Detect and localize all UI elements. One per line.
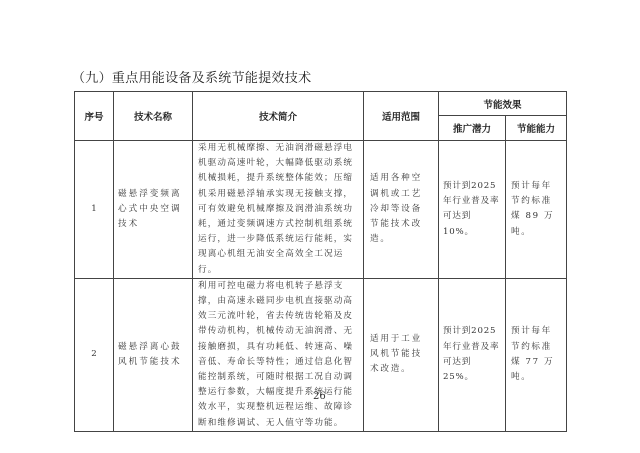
row-capacity: 预计每年节约标准煤 77 万吨。	[506, 278, 567, 431]
page-number: 26	[313, 391, 326, 402]
row-name: 磁悬浮离心鼓风机节能技术	[114, 278, 193, 431]
row-name: 磁悬浮变频离心式中央空调技术	[114, 141, 193, 279]
technology-table: 序号 技术名称 技术简介 适用范围 节能效果 推广潜力 节能能力 1 磁悬浮变频…	[74, 91, 567, 432]
table-row: 1 磁悬浮变频离心式中央空调技术 采用无机械摩擦、无油润滑磁悬浮电机驱动高速叶轮…	[75, 141, 567, 279]
header-no: 序号	[75, 92, 114, 141]
row-scope: 适用于工业风机节能技术改造。	[364, 278, 439, 431]
row-no: 1	[75, 141, 114, 279]
header-effect: 节能效果	[439, 92, 567, 116]
row-capacity: 预计每年节约标准煤 89 万吨。	[506, 141, 567, 279]
header-potential: 推广潜力	[439, 116, 506, 141]
header-intro: 技术简介	[193, 92, 364, 141]
section-title: （九）重点用能设备及系统节能提效技术	[72, 67, 311, 86]
row-potential: 预计到2025年行业普及率可达到25%。	[439, 278, 506, 431]
header-scope: 适用范围	[364, 92, 439, 141]
row-intro: 利用可控电磁力将电机转子悬浮支撑，由高速永磁同步电机直接驱动高效三元流叶轮，省去…	[193, 278, 364, 431]
row-scope: 适用各种空调机或工艺冷却等设备节能技术改造。	[364, 141, 439, 279]
header-capacity: 节能能力	[506, 116, 567, 141]
header-name: 技术名称	[114, 92, 193, 141]
row-potential: 预计到2025年行业普及率可达到10%。	[439, 141, 506, 279]
table-row: 2 磁悬浮离心鼓风机节能技术 利用可控电磁力将电机转子悬浮支撑，由高速永磁同步电…	[75, 278, 567, 431]
row-no: 2	[75, 278, 114, 431]
row-intro: 采用无机械摩擦、无油润滑磁悬浮电机驱动高速叶轮，大幅降低驱动系统机械损耗，提升系…	[193, 141, 364, 279]
